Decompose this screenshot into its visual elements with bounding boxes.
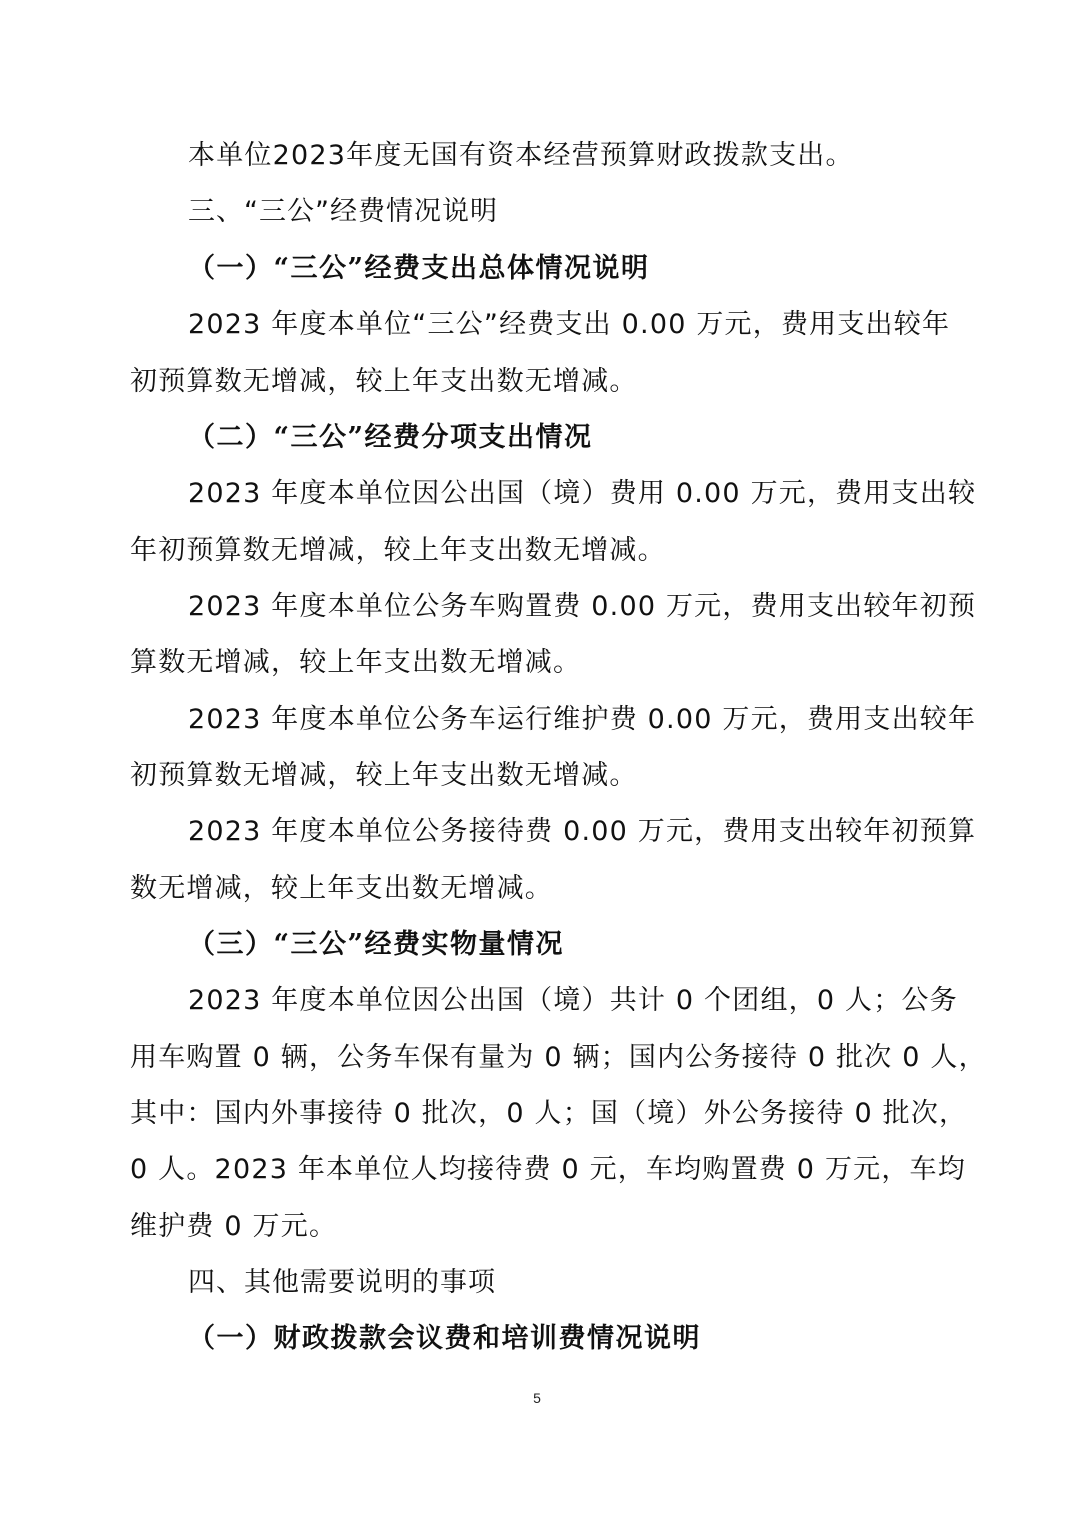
paragraph-line: 初预算数无增减，较上年支出数无增减。 xyxy=(130,756,638,796)
paragraph-line: 2023 年度本单位因公出国（境）费用 0.00 万元，费用支出较 xyxy=(188,474,946,514)
subsection-heading: （一）财政拨款会议费和培训费情况说明 xyxy=(188,1319,701,1359)
paragraph-line: 年初预算数无增减，较上年支出数无增减。 xyxy=(130,531,666,571)
paragraph-line: 维护费 0 万元。 xyxy=(130,1207,337,1247)
paragraph-line: 2023 年度本单位公务接待费 0.00 万元，费用支出较年初预算 xyxy=(188,812,946,852)
paragraph-line: 本单位2023年度无国有资本经营预算财政拨款支出。 xyxy=(188,136,854,176)
paragraph-line: 2023 年度本单位“三公”经费支出 0.00 万元，费用支出较年 xyxy=(188,305,946,345)
paragraph-line: 用车购置 0 辆，公务车保有量为 0 辆；国内公务接待 0 批次 0 人， xyxy=(130,1038,946,1078)
paragraph-line: 2023 年度本单位公务车运行维护费 0.00 万元，费用支出较年 xyxy=(188,700,946,740)
paragraph-line: 2023 年度本单位因公出国（境）共计 0 个团组，0 人；公务 xyxy=(188,981,946,1021)
subsection-heading: （三）“三公”经费实物量情况 xyxy=(188,925,564,965)
paragraph-line: 其中：国内外事接待 0 批次，0 人；国（境）外公务接待 0 批次， xyxy=(130,1094,946,1134)
subsection-heading: （一）“三公”经费支出总体情况说明 xyxy=(188,249,650,289)
paragraph-line: 初预算数无增减，较上年支出数无增减。 xyxy=(130,362,638,402)
subsection-heading: （二）“三公”经费分项支出情况 xyxy=(188,418,593,458)
paragraph-line: 2023 年度本单位公务车购置费 0.00 万元，费用支出较年初预 xyxy=(188,587,946,627)
section-heading: 三、“三公”经费情况说明 xyxy=(188,192,498,232)
paragraph-line: 0 人。2023 年本单位人均接待费 0 元，车均购置费 0 万元，车均 xyxy=(130,1150,946,1190)
paragraph-line: 数无增减，较上年支出数无增减。 xyxy=(130,869,553,909)
document-page: 本单位2023年度无国有资本经营预算财政拨款支出。 三、“三公”经费情况说明 （… xyxy=(0,0,1074,1520)
paragraph-line: 算数无增减，较上年支出数无增减。 xyxy=(130,643,581,683)
page-number: 5 xyxy=(0,1388,1074,1408)
section-heading: 四、其他需要说明的事项 xyxy=(188,1263,496,1303)
